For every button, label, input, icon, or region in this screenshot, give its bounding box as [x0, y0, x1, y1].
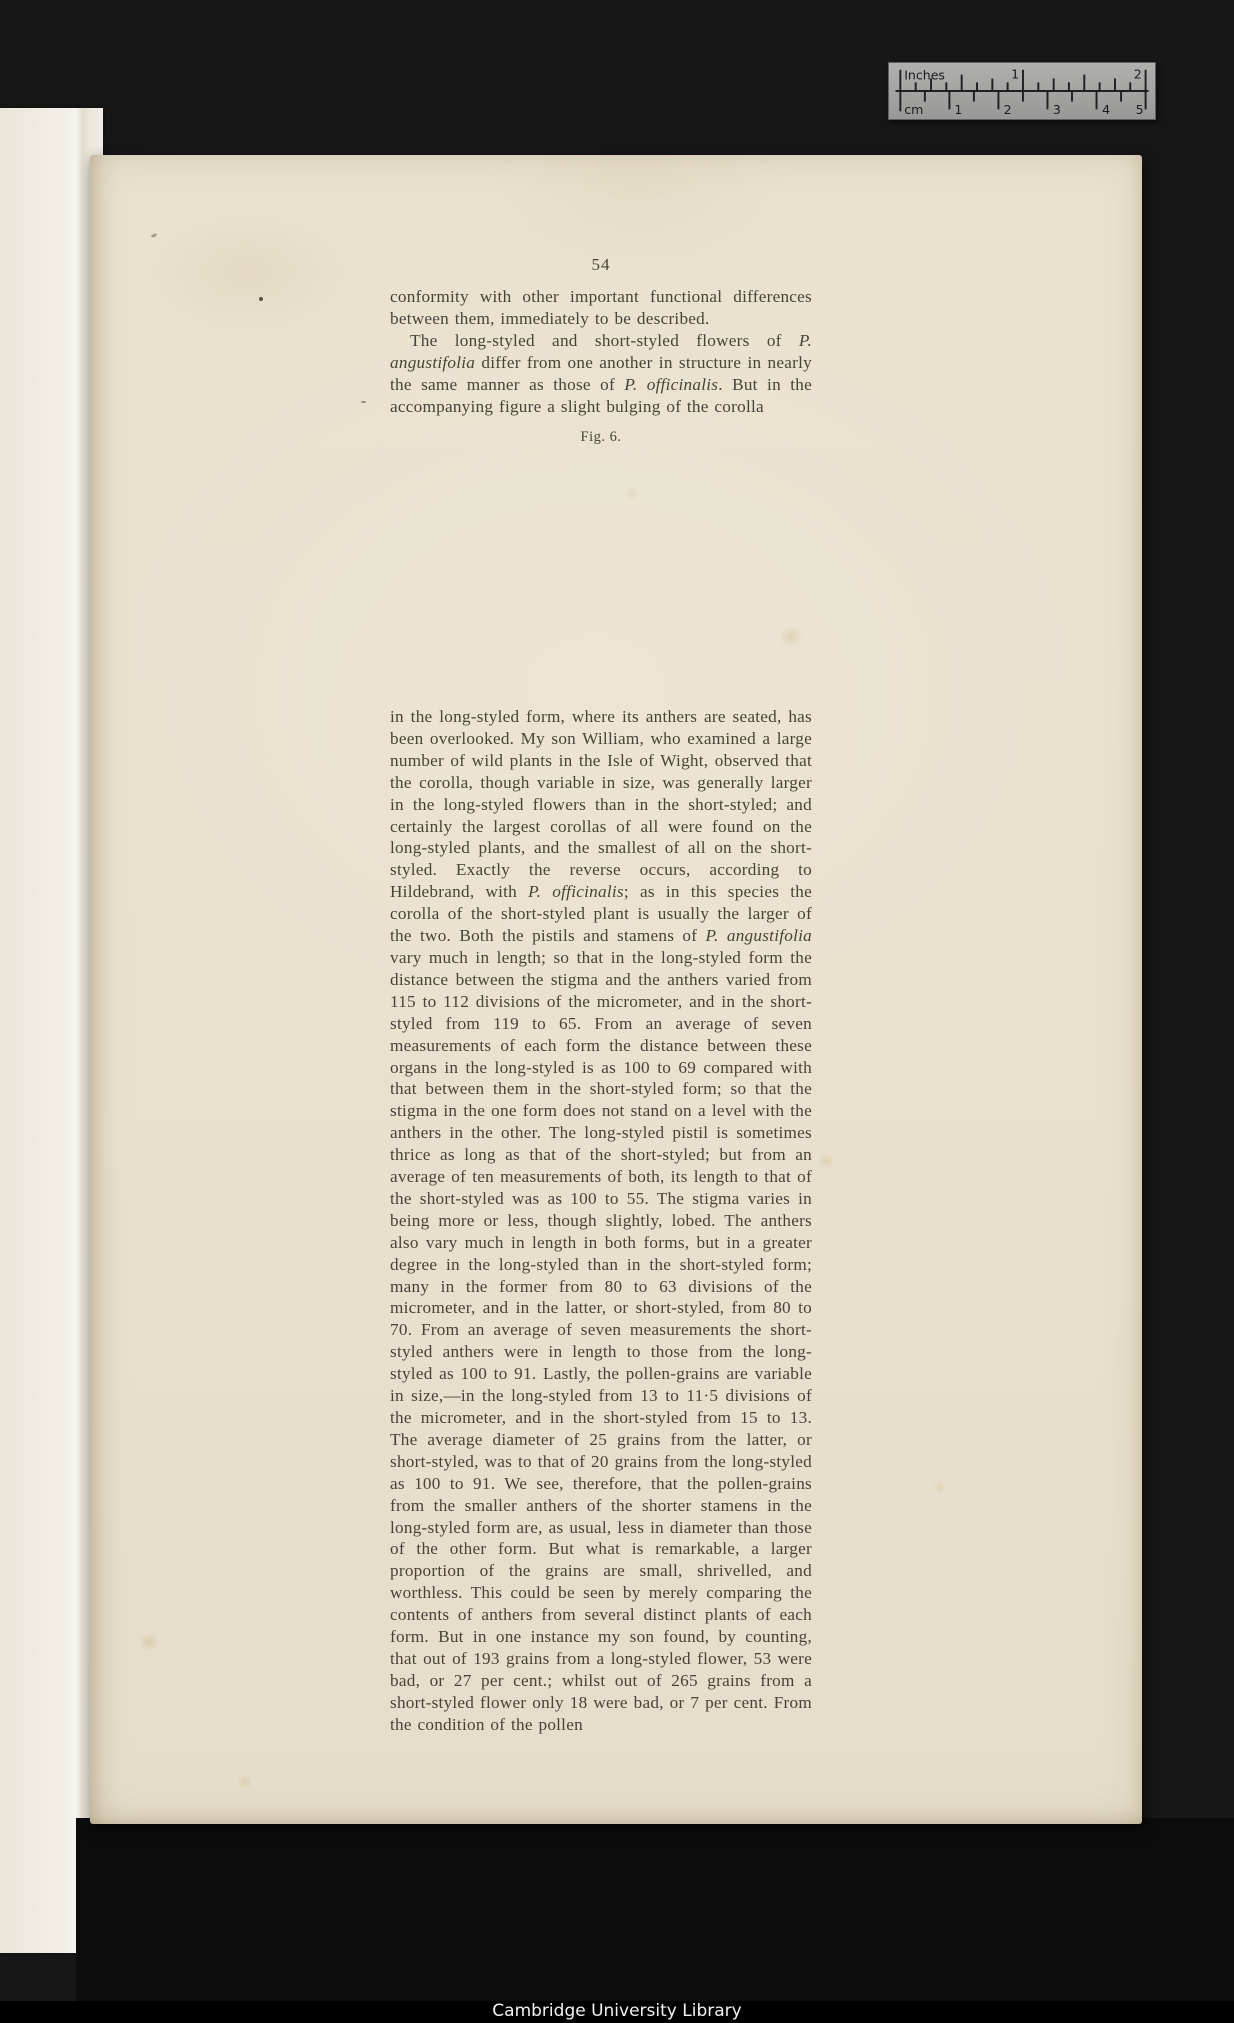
- library-credit-label: Cambridge University Library: [0, 2001, 1234, 2022]
- ruler-cm-4: 4: [1102, 102, 1110, 117]
- book-page: 54 conformity with other important funct…: [90, 155, 1142, 1824]
- foxing-stain: [236, 1775, 253, 1789]
- facing-page-edge: [0, 108, 103, 1953]
- ruler-cm-2: 2: [1004, 102, 1012, 117]
- body-paragraph: in the long-styled form, where its anthe…: [390, 706, 812, 1736]
- foxing-stain: [816, 1153, 836, 1169]
- figure-caption: Fig. 6.: [390, 429, 812, 446]
- intro-paragraphs: conformity with other important function…: [390, 286, 812, 417]
- ruler-cm-label: cm: [904, 102, 923, 117]
- foxing-stain: [932, 1481, 947, 1493]
- footer-bar: Cambridge University Library: [0, 2001, 1234, 2023]
- ink-speck: [361, 401, 366, 403]
- ink-speck: [259, 297, 263, 301]
- figure-6-area: [390, 455, 812, 700]
- ruler-inch-2: 2: [1134, 66, 1142, 81]
- book-cover: [76, 1818, 1234, 2002]
- ruler-scale-icon: Inches 1 2 cm 1 2 3 4 5: [889, 63, 1155, 119]
- ink-speck: [151, 233, 158, 238]
- paragraph: The long-styled and short-styled flowers…: [390, 330, 812, 418]
- ruler-cm-1: 1: [954, 102, 962, 117]
- ruler-inch-1: 1: [1011, 66, 1019, 81]
- page-number: 54: [390, 255, 812, 275]
- paragraph: conformity with other important function…: [390, 286, 812, 330]
- ruler-cm-3: 3: [1053, 102, 1061, 117]
- calibration-ruler: Inches 1 2 cm 1 2 3 4 5: [888, 62, 1156, 120]
- ruler-inches-label: Inches: [904, 67, 945, 82]
- ruler-cm-5: 5: [1136, 102, 1144, 117]
- foxing-stain: [138, 1633, 160, 1651]
